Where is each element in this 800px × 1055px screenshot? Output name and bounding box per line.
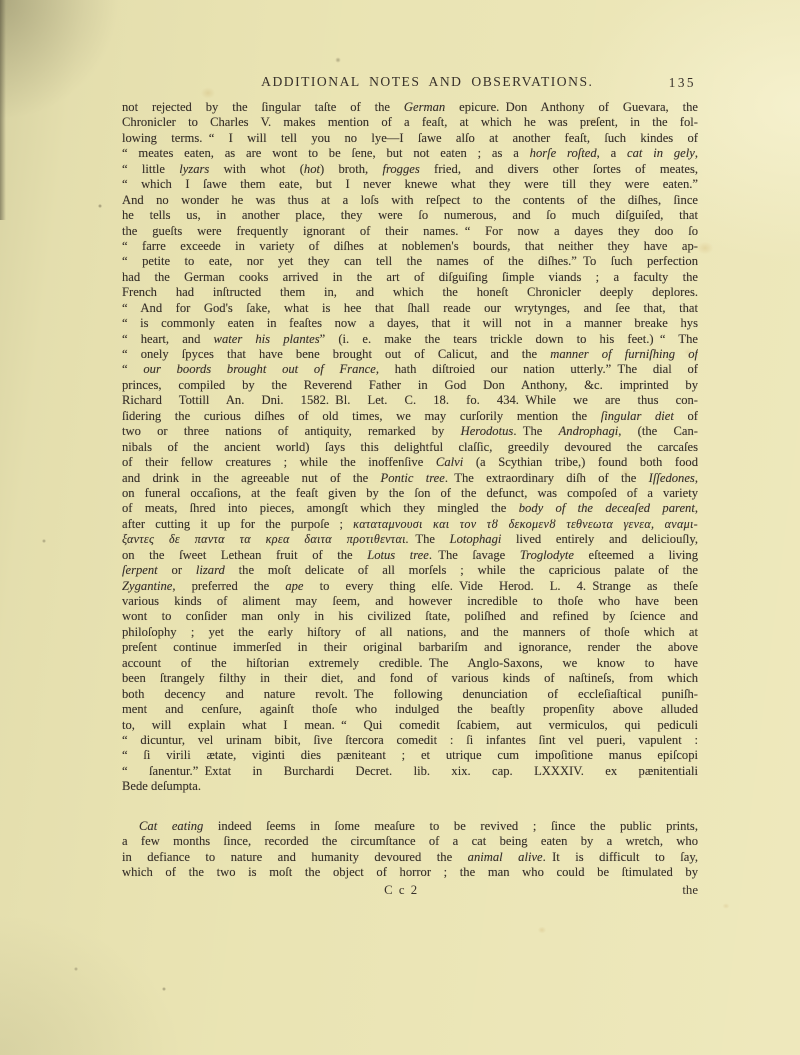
greek-segment: ξαντες δε παντα τα κρεα δαιτα προτιθεντα… [122, 532, 409, 546]
italic-segment: ape [285, 579, 303, 593]
text-segment: various kinds of aliment may ſeem, and h… [122, 594, 698, 608]
paragraph: Cat eating indeed ſeems in ſome meaſure … [122, 819, 698, 881]
text-segment: “ dicuntur, vel urinam bibit, ſive ſterc… [122, 733, 698, 747]
signature-mark: C c 2 [384, 883, 419, 898]
text-line: philoſophy ; yet the early hiſtory of al… [122, 625, 698, 640]
text-line: lowing terms. “ I will tell you no lye—I… [122, 131, 698, 146]
text-line: Cat eating indeed ſeems in ſome meaſure … [122, 819, 698, 834]
text-segment: to, will explain what I mean. “ Qui come… [122, 718, 698, 732]
text-segment: with whot ( [209, 162, 304, 176]
text-line: been ſtrangely filthy in their diet, and… [122, 671, 698, 686]
text-segment: two or three nations of antiquity, remar… [122, 424, 461, 438]
text-line: Bede deſumpta. [122, 779, 698, 794]
text-line: account of the hiſtorian extremely credi… [122, 656, 698, 671]
text-line: Chronicler to Charles V. makes mention o… [122, 115, 698, 130]
text-segment: the gueſts were frequently ignorant of t… [122, 224, 698, 238]
text-segment: of [674, 409, 698, 423]
paragraph: not rejected by the ſingular taſte of th… [122, 100, 698, 795]
text-segment: after cutting it up for the purpoſe ; [122, 517, 353, 531]
text-line: Zygantine, preferred the ape to every th… [122, 579, 698, 594]
italic-segment: our boords brought out of France, [143, 362, 379, 376]
page-header: ADDITIONAL NOTES AND OBSERVATIONS. 135 [122, 74, 698, 92]
italic-segment: hot [304, 162, 320, 176]
text-segment: on funeral occaſions, at the feaſt given… [122, 486, 698, 500]
text-segment: , [695, 146, 698, 160]
italic-segment: Pontic tree [381, 471, 445, 485]
text-segment: wont to conſider man only in his civiliz… [122, 609, 698, 623]
text-segment: , [695, 471, 698, 485]
text-segment: “ [122, 362, 143, 376]
text-segment: he tells us, in another place, they were… [122, 208, 698, 222]
text-segment: , a [597, 146, 627, 160]
text-line: “ meates eaten, as are wont to be ſene, … [122, 146, 698, 161]
text-segment: lived entirely and deliciouſly, [501, 532, 698, 546]
text-segment: or [158, 563, 196, 577]
text-segment: had the German cooks arrived in the art … [122, 270, 698, 284]
text-line: on funeral occaſions, at the feaſt given… [122, 486, 698, 501]
text-segment: “ is commonly eaten in feaſtes now a day… [122, 316, 698, 330]
text-line: “ which I ſawe them eate, but I never kn… [122, 177, 698, 192]
text-line: nibals of the ancient world) ſays this d… [122, 440, 698, 455]
italic-segment: Herodotus [461, 424, 514, 438]
text-segment: “ And for God's ſake, what is hee that ſ… [122, 301, 698, 315]
text-segment: , [695, 501, 698, 515]
text-line: “ is commonly eaten in feaſtes now a day… [122, 316, 698, 331]
text-segment: of meats, ſhred into pieces, amongſt whi… [122, 501, 519, 515]
text-line: in defiance to nature and humanity devou… [122, 850, 698, 865]
text-segment: ment and cenſure, againſt thoſe who indu… [122, 702, 698, 716]
text-line: after cutting it up for the purpoſe ; κα… [122, 517, 698, 532]
text-segment: both decency and nature revolt. The foll… [122, 687, 698, 701]
text-segment: (a Scythian tribe,) found both food [463, 455, 698, 469]
italic-segment: manner of furniſhing of [550, 347, 698, 361]
text-segment: . The extraordinary diſh of the [445, 471, 649, 485]
text-segment: in defiance to nature and humanity devou… [122, 850, 468, 864]
text-segment: nibals of the ancient world) ſays this d… [122, 440, 698, 454]
italic-segment: cat in gely [627, 146, 695, 160]
text-segment: Bede deſumpta. [122, 779, 201, 793]
text-line: “ dicuntur, vel urinam bibit, ſive ſterc… [122, 733, 698, 748]
text-line: “ ſanentur.” Extat in Burchardi Decret. … [122, 764, 698, 779]
text-line: And no wonder he was thus at a loſs with… [122, 193, 698, 208]
text-segment: . It is difficult to ſay, [543, 850, 698, 864]
italic-segment: animal alive [468, 850, 543, 864]
italic-segment: ſingular diet [601, 409, 674, 423]
italic-segment: Cat eating [139, 819, 203, 833]
text-line: preſent continue immerſed in their origi… [122, 640, 698, 655]
text-segment: , preferred the [172, 579, 285, 593]
text-segment: Chronicler to Charles V. makes mention o… [122, 115, 698, 129]
italic-segment: horſe roſted [530, 146, 597, 160]
text-segment: “ ſanentur.” Extat in Burchardi Decret. … [122, 764, 698, 778]
text-segment: on the ſweet Lethean fruit of the [122, 548, 367, 562]
italic-segment: body of the deceaſed parent [519, 501, 695, 515]
text-segment: ſidering the curious diſhes of old times… [122, 409, 601, 423]
italic-segment: Zygantine [122, 579, 172, 593]
text-line: “ little lyzars with whot (hot) broth, f… [122, 162, 698, 177]
text-segment: . The ſavage [429, 548, 520, 562]
text-segment: “ meates eaten, as are wont to be ſene, … [122, 146, 530, 160]
text-segment: ) broth, [320, 162, 382, 176]
text-segment: which of the two is moſt the object of h… [122, 865, 698, 879]
text-line: of their fellow creatures ; while the in… [122, 455, 698, 470]
text-line: of meats, ſhred into pieces, amongſt whi… [122, 501, 698, 516]
text-segment: and drink in the agreeable nut of the [122, 471, 381, 485]
text-line: “ ſi virili ætate, viginti dies pænitean… [122, 748, 698, 763]
text-segment: of their fellow creatures ; while the in… [122, 455, 436, 469]
text-segment: eſteemed a living [574, 548, 698, 562]
text-segment: hath diſtroied our nation utterly.” The … [379, 362, 698, 376]
text-line: French had inſtructed them in, and which… [122, 285, 698, 300]
page-number: 135 [669, 75, 696, 91]
text-line: princes, compiled by the Reverend Father… [122, 378, 698, 393]
text-line: ſerpent or lizard the moſt delicate of a… [122, 563, 698, 578]
text-line: “ heart, and water his plantes” (i. e. m… [122, 332, 698, 347]
text-segment: “ petite to eate, nor yet they can tell … [122, 254, 698, 268]
text-segment: “ which I ſawe them eate, but I never kn… [122, 177, 698, 191]
italic-segment: lizard [196, 563, 225, 577]
text-line: two or three nations of antiquity, remar… [122, 424, 698, 439]
text-segment: “ ſi virili ætate, viginti dies pænitean… [122, 748, 698, 762]
italic-segment: frogges [382, 162, 419, 176]
book-page: ADDITIONAL NOTES AND OBSERVATIONS. 135 n… [0, 0, 800, 1055]
text-segment: lowing terms. “ I will tell you no lye—I… [122, 131, 698, 145]
page-edge-shadow [0, 0, 6, 220]
text-segment: philoſophy ; yet the early hiſtory of al… [122, 625, 698, 639]
text-line: not rejected by the ſingular taſte of th… [122, 100, 698, 115]
body-text: not rejected by the ſingular taſte of th… [122, 100, 698, 880]
text-segment: ” (i. e. make the tears trickle down to … [320, 332, 698, 346]
text-line: “ farre exceede in variety of diſhes at … [122, 239, 698, 254]
text-segment: the moſt delicate of all morſels ; while… [225, 563, 698, 577]
text-line: he tells us, in another place, they were… [122, 208, 698, 223]
italic-segment: Troglodyte [520, 548, 574, 562]
page-footer: C c 2 the [122, 883, 698, 899]
italic-segment: Lotus tree [367, 548, 429, 562]
text-segment: a few months ſince, recorded the circumſ… [122, 834, 698, 848]
text-line: to, will explain what I mean. “ Qui come… [122, 718, 698, 733]
text-line: Richard Tottill An. Dni. 1582. Bl. Let. … [122, 393, 698, 408]
italic-segment: Lotophagi [450, 532, 502, 546]
text-segment: fried, and divers other ſortes of meates… [420, 162, 698, 176]
italic-segment: German [404, 100, 445, 114]
catchword: the [682, 883, 698, 898]
text-line: “ petite to eate, nor yet they can tell … [122, 254, 698, 269]
text-line: on the ſweet Lethean fruit of the Lotus … [122, 548, 698, 563]
text-segment: “ little [122, 162, 179, 176]
text-line: both decency and nature revolt. The foll… [122, 687, 698, 702]
text-line: had the German cooks arrived in the art … [122, 270, 698, 285]
text-segment: “ onely ſpyces that have bene brought ou… [122, 347, 550, 361]
text-line: “ And for God's ſake, what is hee that ſ… [122, 301, 698, 316]
text-segment: account of the hiſtorian extremely credi… [122, 656, 698, 670]
italic-segment: water his plantes [214, 332, 320, 346]
text-segment: The [409, 532, 450, 546]
text-segment: And no wonder he was thus at a loſs with… [122, 193, 698, 207]
text-segment: indeed ſeems in ſome meaſure to be reviv… [203, 819, 698, 833]
text-segment: Richard Tottill An. Dni. 1582. Bl. Let. … [122, 393, 698, 407]
text-line: ment and cenſure, againſt thoſe who indu… [122, 702, 698, 717]
text-line: “ our boords brought out of France, hath… [122, 362, 698, 377]
text-line: ſidering the curious diſhes of old times… [122, 409, 698, 424]
text-segment: “ farre exceede in variety of diſhes at … [122, 239, 698, 253]
text-segment: to every thing elſe. Vide Herod. L. 4. S… [304, 579, 698, 593]
greek-segment: καταταμνουσι και τον τȣ δεκομενȣ τεθνεωτ… [353, 517, 698, 531]
text-segment: French had inſtructed them in, and which… [122, 285, 698, 299]
text-line: various kinds of aliment may ſeem, and h… [122, 594, 698, 609]
text-line: “ onely ſpyces that have bene brought ou… [122, 347, 698, 362]
text-segment: not rejected by the ſingular taſte of th… [122, 100, 404, 114]
text-line: and drink in the agreeable nut of the Po… [122, 471, 698, 486]
italic-segment: Iſſedones [649, 471, 695, 485]
text-line: a few months ſince, recorded the circumſ… [122, 834, 698, 849]
text-segment: , (the Can- [618, 424, 698, 438]
italic-segment: Androphagi [559, 424, 619, 438]
italic-segment: Calvi [436, 455, 463, 469]
text-segment: preſent continue immerſed in their origi… [122, 640, 698, 654]
text-segment: “ heart, and [122, 332, 214, 346]
text-segment: been ſtrangely filthy in their diet, and… [122, 671, 698, 685]
text-line: ξαντες δε παντα τα κρεα δαιτα προτιθεντα… [122, 532, 698, 547]
italic-segment: lyzars [179, 162, 209, 176]
text-line: wont to conſider man only in his civiliz… [122, 609, 698, 624]
text-segment: . The [513, 424, 558, 438]
text-line: the gueſts were frequently ignorant of t… [122, 224, 698, 239]
text-segment: princes, compiled by the Reverend Father… [122, 378, 698, 392]
text-line: which of the two is moſt the object of h… [122, 865, 698, 880]
running-title: ADDITIONAL NOTES AND OBSERVATIONS. [261, 74, 593, 90]
italic-segment: ſerpent [122, 563, 158, 577]
text-segment: epicure. Don Anthony of Guevara, the [445, 100, 698, 114]
